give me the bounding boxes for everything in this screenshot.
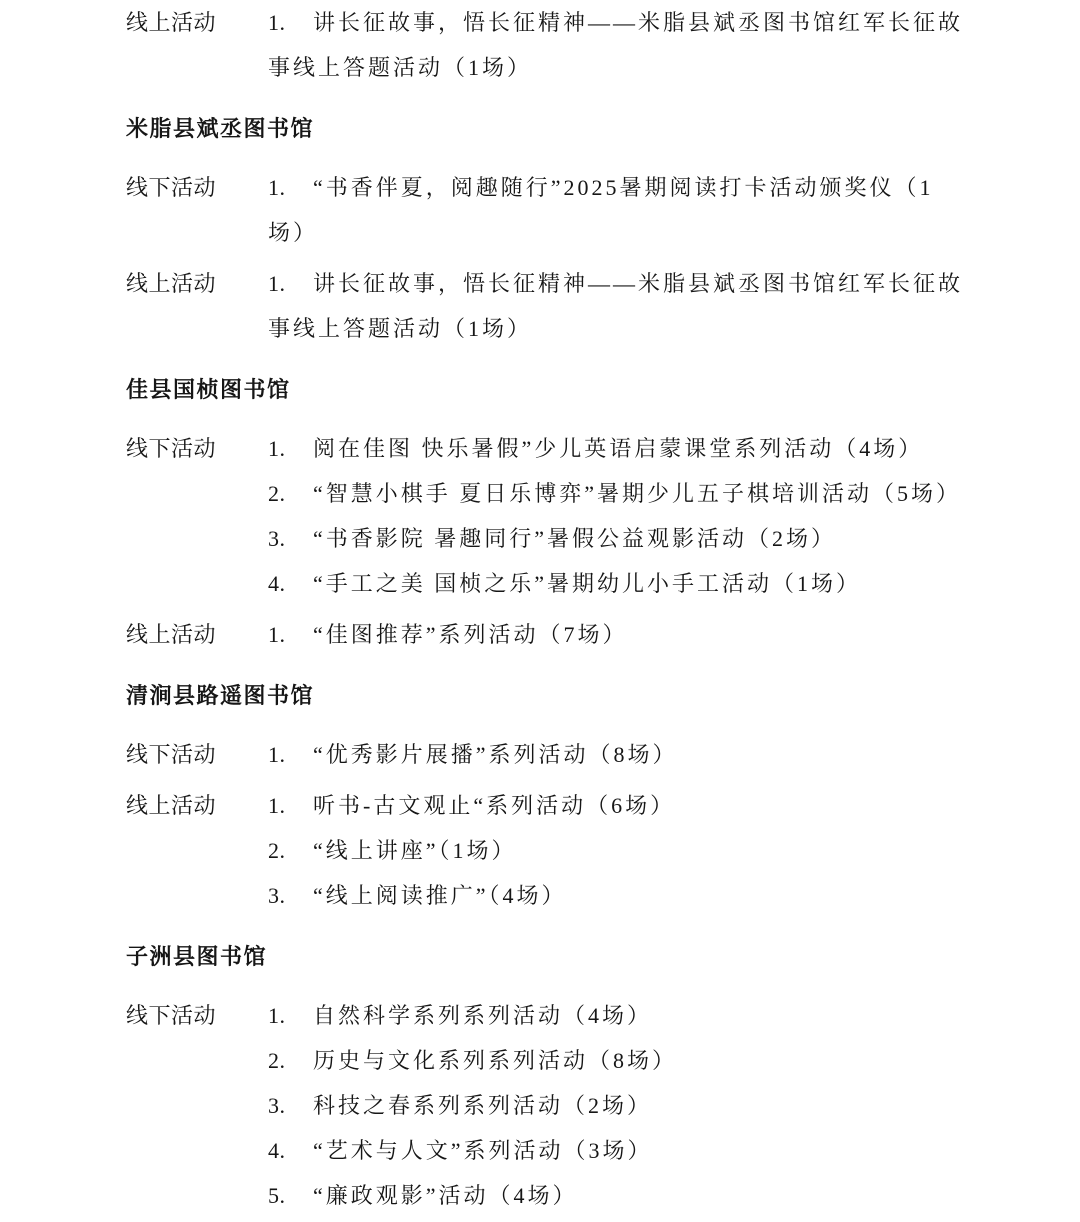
item-text: “智慧小棋手 夏日乐博弈”暑期少儿五子棋培训活动（5场） xyxy=(313,481,961,506)
item-text: 自然科学系列系列活动（4场） xyxy=(313,1003,652,1028)
activity-item: 1.“优秀影片展播”系列活动（8场） xyxy=(268,732,968,777)
item-number: 3. xyxy=(268,516,313,561)
item-text: “手工之美 国桢之乐”暑期幼儿小手工活动（1场） xyxy=(313,571,861,596)
item-text: 讲长征故事，悟长征精神——米脂县斌丞图书馆红军长征故事线上答题活动（1场） xyxy=(268,10,963,80)
activity-row: 线上活动1.“佳图推荐”系列活动（7场） xyxy=(0,612,1080,657)
library-section: 线上活动1.讲长征故事，悟长征精神——米脂县斌丞图书馆红军长征故事线上答题活动（… xyxy=(0,0,1080,90)
item-number: 4. xyxy=(268,561,313,606)
activity-list: 1.听书-古文观止“系列活动（6场）2.“线上讲座”（1场）3.“线上阅读推广”… xyxy=(268,783,968,918)
library-section: 清涧县路遥图书馆线下活动1.“优秀影片展播”系列活动（8场）线上活动1.听书-古… xyxy=(0,673,1080,918)
activity-list: 1.“佳图推荐”系列活动（7场） xyxy=(268,612,968,657)
activity-item: 1.阅在佳图 快乐暑假”少儿英语启蒙课堂系列活动（4场） xyxy=(268,426,968,471)
activity-item: 4.“艺术与人文”系列活动（3场） xyxy=(268,1128,968,1173)
item-number: 1. xyxy=(268,732,313,777)
activity-row: 线上活动1.讲长征故事，悟长征精神——米脂县斌丞图书馆红军长征故事线上答题活动（… xyxy=(0,261,1080,351)
item-text: “艺术与人文”系列活动（3场） xyxy=(313,1138,653,1163)
item-number: 1. xyxy=(268,261,313,306)
activity-type-label: 线上活动 xyxy=(126,783,268,918)
activity-row: 线下活动1.“优秀影片展播”系列活动（8场） xyxy=(0,732,1080,777)
activity-list: 1.讲长征故事，悟长征精神——米脂县斌丞图书馆红军长征故事线上答题活动（1场） xyxy=(268,0,968,90)
item-number: 2. xyxy=(268,471,313,516)
activity-type-label: 线下活动 xyxy=(126,426,268,606)
library-section: 米脂县斌丞图书馆线下活动1.“书香伴夏，阅趣随行”2025暑期阅读打卡活动颁奖仪… xyxy=(0,106,1080,351)
activity-row: 线上活动1.讲长征故事，悟长征精神——米脂县斌丞图书馆红军长征故事线上答题活动（… xyxy=(0,0,1080,90)
item-number: 2. xyxy=(268,828,313,873)
activity-item: 1.听书-古文观止“系列活动（6场） xyxy=(268,783,968,828)
item-text: “线上讲座”（1场） xyxy=(313,838,517,863)
item-number: 1. xyxy=(268,165,313,210)
activity-type-label: 线上活动 xyxy=(126,0,268,90)
activity-type-label: 线上活动 xyxy=(126,612,268,657)
activity-item: 1.讲长征故事，悟长征精神——米脂县斌丞图书馆红军长征故事线上答题活动（1场） xyxy=(268,261,968,351)
activity-list: 1.阅在佳图 快乐暑假”少儿英语启蒙课堂系列活动（4场）2.“智慧小棋手 夏日乐… xyxy=(268,426,968,606)
activity-item: 1.“书香伴夏，阅趣随行”2025暑期阅读打卡活动颁奖仪（1场） xyxy=(268,165,968,255)
activity-row: 线下活动1.自然科学系列系列活动（4场）2.历史与文化系列系列活动（8场）3.科… xyxy=(0,993,1080,1218)
activity-list: 1.自然科学系列系列活动（4场）2.历史与文化系列系列活动（8场）3.科技之春系… xyxy=(268,993,968,1218)
item-number: 3. xyxy=(268,873,313,918)
activity-item: 3.“书香影院 暑趣同行”暑假公益观影活动（2场） xyxy=(268,516,968,561)
item-number: 1. xyxy=(268,783,313,828)
item-number: 1. xyxy=(268,993,313,1038)
item-text: 阅在佳图 快乐暑假”少儿英语启蒙课堂系列活动（4场） xyxy=(313,436,923,461)
activity-item: 3.科技之春系列系列活动（2场） xyxy=(268,1083,968,1128)
item-text: 听书-古文观止“系列活动（6场） xyxy=(313,793,675,818)
activity-list: 1.“优秀影片展播”系列活动（8场） xyxy=(268,732,968,777)
item-number: 4. xyxy=(268,1128,313,1173)
item-number: 5. xyxy=(268,1173,313,1218)
library-section-heading: 佳县国桢图书馆 xyxy=(126,367,1080,412)
document-page: 线上活动1.讲长征故事，悟长征精神——米脂县斌丞图书馆红军长征故事线上答题活动（… xyxy=(0,0,1080,1222)
activity-item: 2.“线上讲座”（1场） xyxy=(268,828,968,873)
item-number: 1. xyxy=(268,612,313,657)
activity-item: 2.“智慧小棋手 夏日乐博弈”暑期少儿五子棋培训活动（5场） xyxy=(268,471,968,516)
item-text: “廉政观影”活动（4场） xyxy=(313,1183,578,1208)
item-number: 3. xyxy=(268,1083,313,1128)
library-section-heading: 子洲县图书馆 xyxy=(126,934,1080,979)
activity-type-label: 线下活动 xyxy=(126,732,268,777)
item-number: 1. xyxy=(268,0,313,45)
activity-item: 2.历史与文化系列系列活动（8场） xyxy=(268,1038,968,1083)
item-text: “书香影院 暑趣同行”暑假公益观影活动（2场） xyxy=(313,526,836,551)
item-number: 2. xyxy=(268,1038,313,1083)
activity-item: 1.自然科学系列系列活动（4场） xyxy=(268,993,968,1038)
activity-list: 1.“书香伴夏，阅趣随行”2025暑期阅读打卡活动颁奖仪（1场） xyxy=(268,165,968,255)
activity-item: 3.“线上阅读推广”（4场） xyxy=(268,873,968,918)
activity-row: 线下活动1.“书香伴夏，阅趣随行”2025暑期阅读打卡活动颁奖仪（1场） xyxy=(0,165,1080,255)
library-section-heading: 清涧县路遥图书馆 xyxy=(126,673,1080,718)
activity-list: 1.讲长征故事，悟长征精神——米脂县斌丞图书馆红军长征故事线上答题活动（1场） xyxy=(268,261,968,351)
activity-item: 1.讲长征故事，悟长征精神——米脂县斌丞图书馆红军长征故事线上答题活动（1场） xyxy=(268,0,968,90)
item-text: “线上阅读推广”（4场） xyxy=(313,883,567,908)
activity-item: 5.“廉政观影”活动（4场） xyxy=(268,1173,968,1218)
activity-type-label: 线上活动 xyxy=(126,261,268,351)
item-text: “书香伴夏，阅趣随行”2025暑期阅读打卡活动颁奖仪（1场） xyxy=(268,175,934,245)
item-text: “佳图推荐”系列活动（7场） xyxy=(313,622,628,647)
activity-item: 4.“手工之美 国桢之乐”暑期幼儿小手工活动（1场） xyxy=(268,561,968,606)
item-text: 历史与文化系列系列活动（8场） xyxy=(313,1048,677,1073)
library-section: 佳县国桢图书馆线下活动1.阅在佳图 快乐暑假”少儿英语启蒙课堂系列活动（4场）2… xyxy=(0,367,1080,657)
activity-type-label: 线下活动 xyxy=(126,165,268,255)
library-section-heading: 米脂县斌丞图书馆 xyxy=(126,106,1080,151)
item-text: 讲长征故事，悟长征精神——米脂县斌丞图书馆红军长征故事线上答题活动（1场） xyxy=(268,271,963,341)
activity-type-label: 线下活动 xyxy=(126,993,268,1218)
library-section: 子洲县图书馆线下活动1.自然科学系列系列活动（4场）2.历史与文化系列系列活动（… xyxy=(0,934,1080,1218)
activity-row: 线上活动1.听书-古文观止“系列活动（6场）2.“线上讲座”（1场）3.“线上阅… xyxy=(0,783,1080,918)
activity-item: 1.“佳图推荐”系列活动（7场） xyxy=(268,612,968,657)
item-text: “优秀影片展播”系列活动（8场） xyxy=(313,742,678,767)
item-number: 1. xyxy=(268,426,313,471)
item-text: 科技之春系列系列活动（2场） xyxy=(313,1093,652,1118)
activity-row: 线下活动1.阅在佳图 快乐暑假”少儿英语启蒙课堂系列活动（4场）2.“智慧小棋手… xyxy=(0,426,1080,606)
